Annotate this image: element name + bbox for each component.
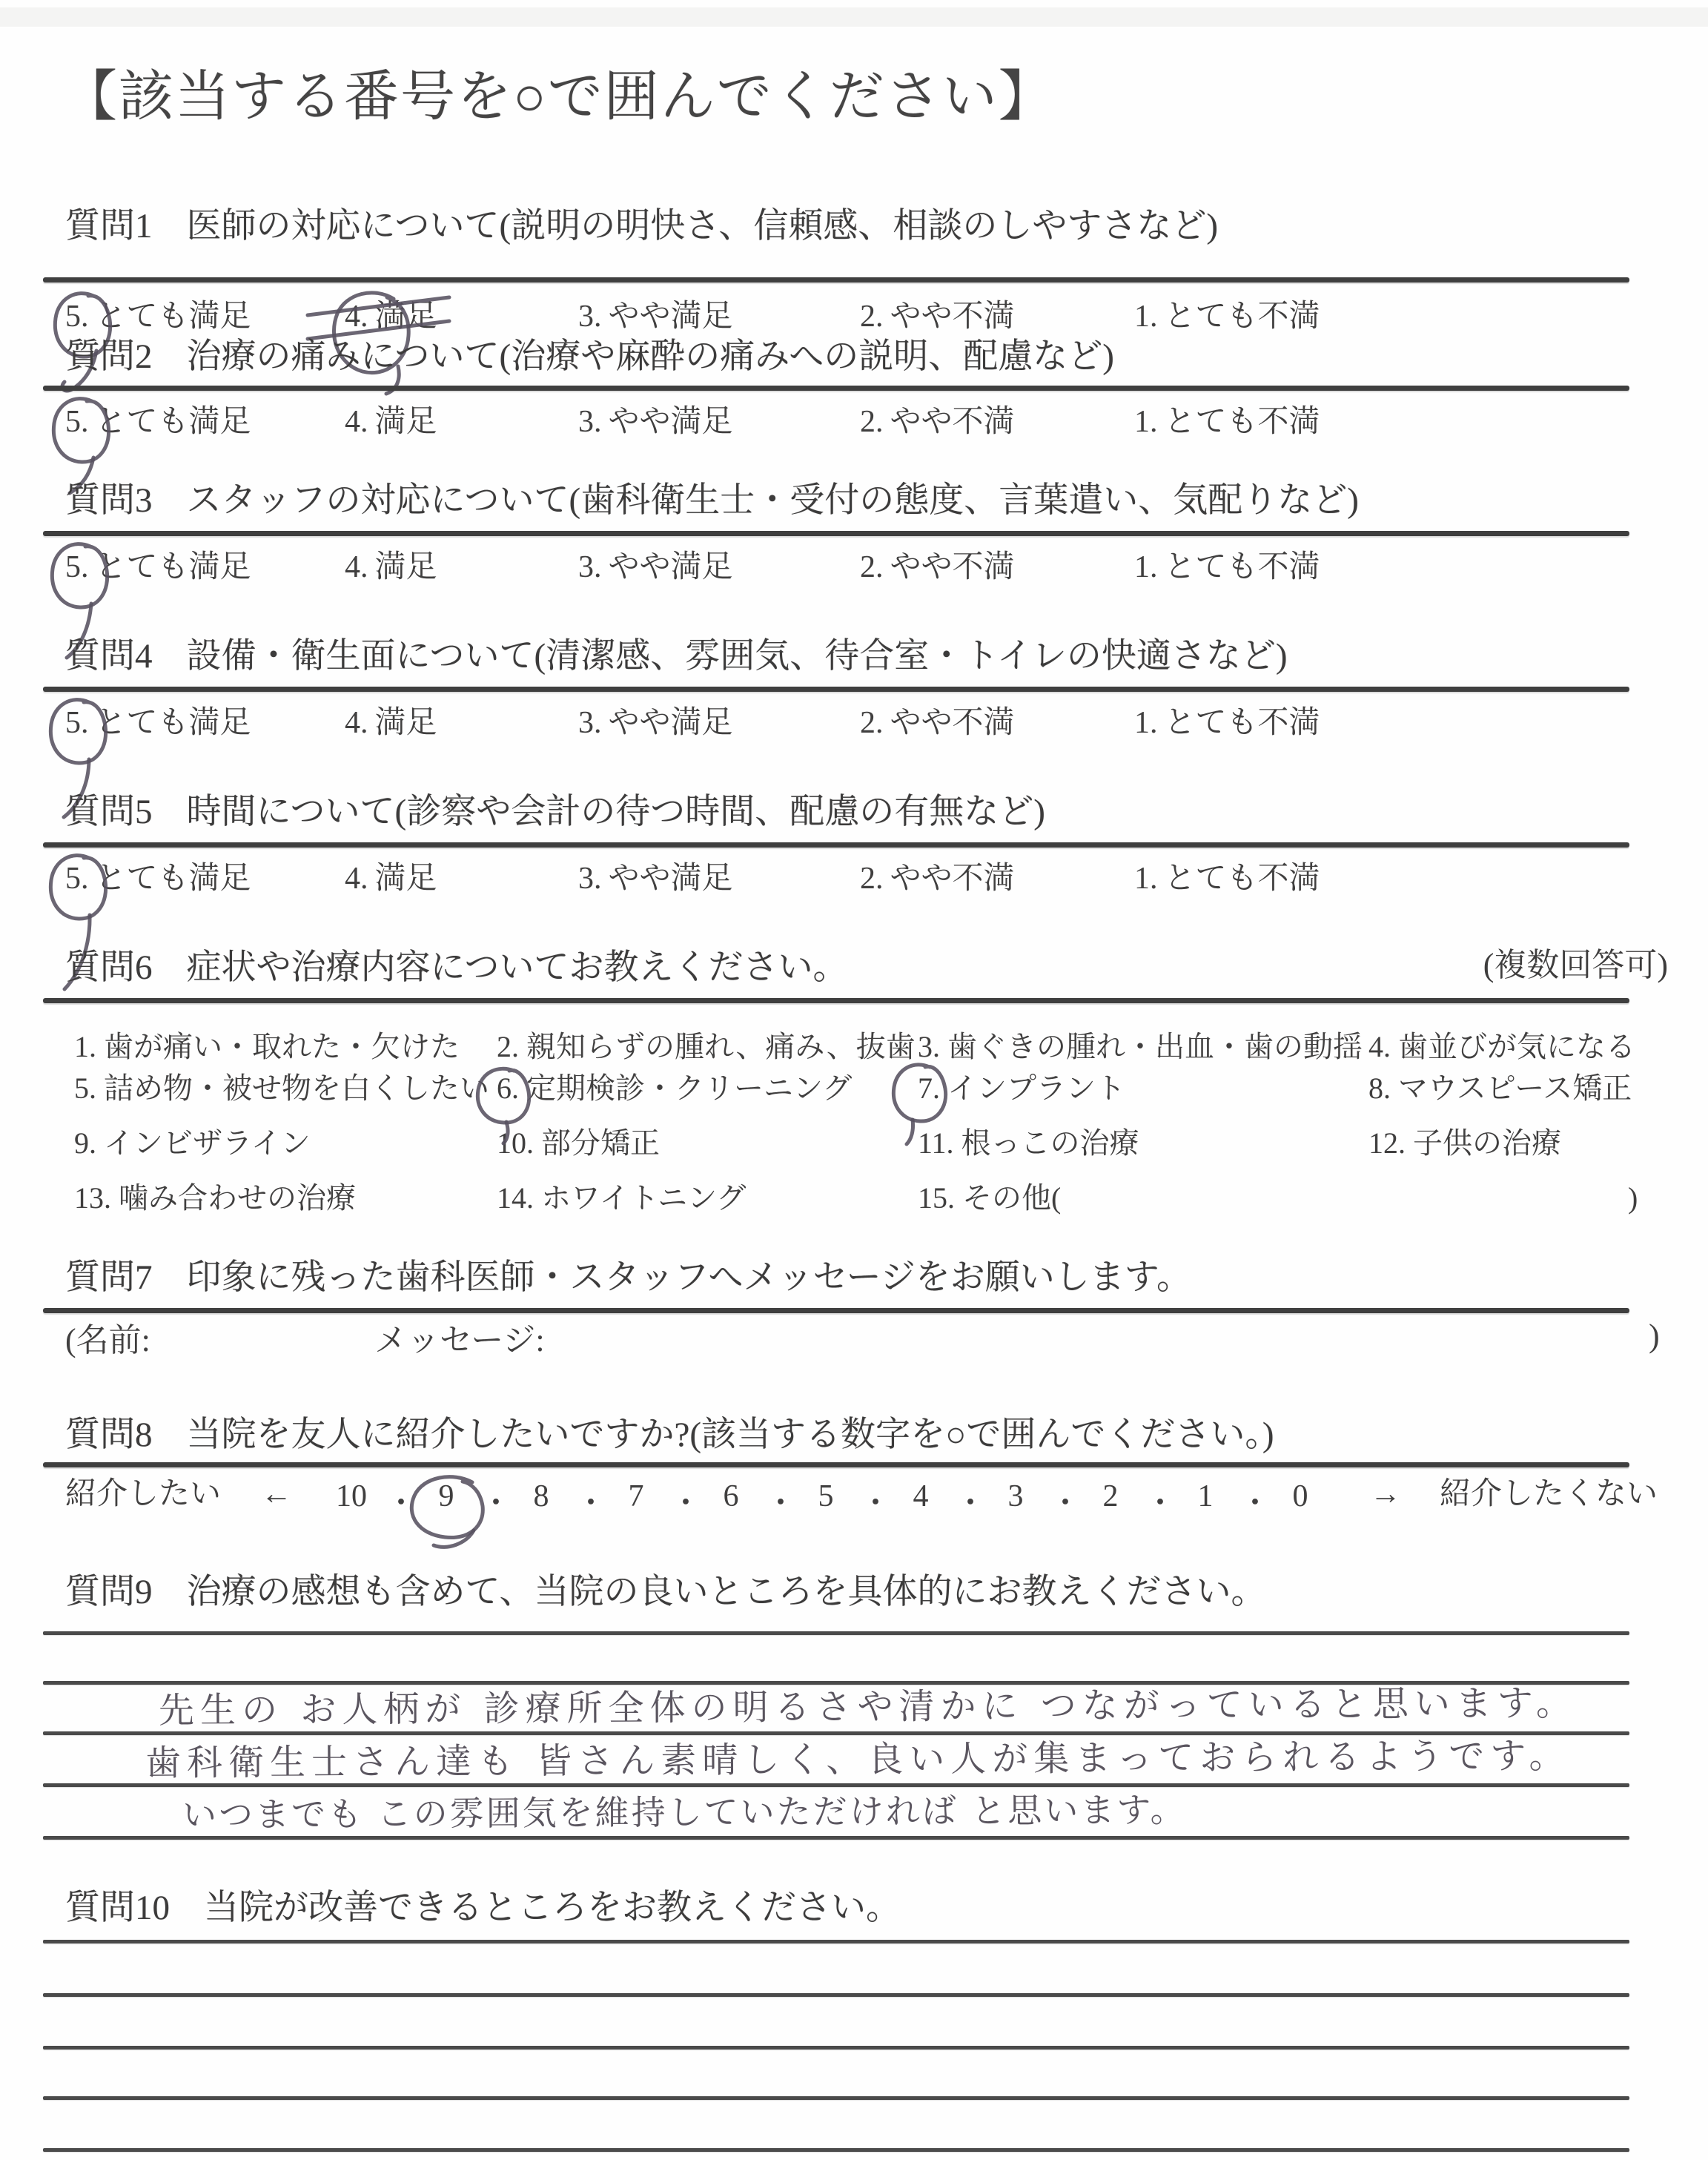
answer-line: [43, 2148, 1629, 2152]
answer-line: [43, 2096, 1629, 2100]
q1-option-3: 3.やや満足: [578, 301, 733, 332]
question-10-heading: 質問10当院が改善できるところをお教えください。: [65, 1891, 901, 1926]
q5-option-2: 2.やや不満: [860, 863, 1015, 894]
question-1-options: 5.とても満足 4.満足 3.やや満足 2.やや不満 1.とても不満: [0, 301, 1708, 335]
q7-close-paren: ): [1649, 1320, 1660, 1353]
q6-item-15-close-paren: ): [1628, 1183, 1638, 1213]
q8-number-3: 3: [998, 1479, 1033, 1523]
question-7-title: 印象に残った歯科医師・スタッフへメッセージをお願いします。: [187, 1258, 1191, 1297]
q4-option-1: 1.とても不満: [1134, 707, 1320, 739]
answer-line: [43, 1993, 1629, 1997]
handwriting-line-1: 先生の お人柄が 診療所全体の明るさや清かに つながっていると思います。: [159, 1685, 1578, 1728]
q6-item-2: 2.親知らずの腫れ、痛み、抜歯: [497, 1032, 916, 1062]
q6-item-4: 4.歯並びが気になる: [1368, 1032, 1635, 1062]
q8-left-label: 紹介したい: [65, 1479, 221, 1510]
q7-name-label: (名前:: [65, 1324, 150, 1357]
question-5-number: 質問5: [65, 793, 153, 831]
question-3-title: スタッフの対応について(歯科衛生士・受付の態度、言葉遣い、気配りなど): [187, 481, 1359, 520]
scan-artifact-band: [0, 7, 1708, 27]
q8-number-8: 8: [523, 1479, 559, 1523]
q6-item-3: 3.歯ぐきの腫れ・出血・歯の動揺: [918, 1032, 1363, 1062]
question-4-number: 質問4: [65, 637, 153, 676]
question-3-number: 質問3: [65, 481, 153, 520]
q8-dot: ・: [670, 1479, 697, 1523]
question-9-number: 質問9: [65, 1573, 153, 1611]
q8-number-7: 7: [618, 1479, 654, 1523]
q3-option-4: 4.満足: [345, 552, 437, 583]
question-7-heading: 質問7印象に残った歯科医師・スタッフへメッセージをお願いします。: [65, 1261, 1191, 1295]
answer-line: [43, 1783, 1629, 1787]
q6-item-5: 5.詰め物・被せ物を白くしたい: [74, 1074, 489, 1103]
question-9-title: 治療の感想も含めて、当院の良いところを具体的にお教えください。: [187, 1573, 1266, 1611]
question-5-heading: 質問5時間について(診察や会計の待つ時間、配慮の有無など): [65, 795, 1045, 830]
question-4-title: 設備・衛生面について(清潔感、雰囲気、待合室・トイレの快適さなど): [187, 637, 1288, 676]
question-4-options: 5.とても満足 4.満足 3.やや満足 2.やや不満 1.とても不満: [0, 707, 1708, 742]
q6-item-8: 8.マウスピース矯正: [1368, 1074, 1632, 1103]
q5-option-3: 3.やや満足: [578, 863, 733, 894]
question-1-title: 医師の対応について(説明の明快さ、信頼感、相談のしやすさなど): [187, 207, 1218, 245]
q2-option-4: 4.満足: [345, 406, 437, 437]
q3-option-1: 1.とても不満: [1134, 552, 1320, 583]
question-10-title: 当院が改善できるところをお教えください。: [204, 1889, 901, 1927]
answer-line: [43, 1731, 1629, 1735]
handwriting-line-2: 歯科衛生士さん達も 皆さん素晴しく、良い人が集まっておられるようです。: [145, 1738, 1571, 1781]
q4-option-4: 4.満足: [345, 707, 437, 739]
question-6-title: 症状や治療内容についてお教えください。: [187, 948, 848, 987]
question-6-number: 質問6: [65, 948, 153, 987]
q8-dot: ・: [1145, 1479, 1171, 1523]
q8-number-10: 10: [334, 1479, 369, 1523]
q6-item-1: 1.歯が痛い・取れた・欠けた: [74, 1032, 460, 1062]
question-7-number: 質問7: [65, 1258, 153, 1297]
page-title: 【該当する番号を○で囲んでください】: [62, 70, 1055, 125]
question-6-heading: 質問6症状や治療内容についてお教えください。: [65, 951, 848, 985]
q6-item-13: 13.噛み合わせの治療: [74, 1183, 356, 1213]
rule: [43, 687, 1629, 692]
answer-line: [43, 2046, 1629, 2050]
q8-dot: ・: [860, 1479, 887, 1523]
q5-option-4: 4.満足: [345, 863, 437, 894]
q8-left-arrow-icon: ←: [261, 1479, 292, 1510]
question-10-number: 質問10: [65, 1889, 170, 1927]
question-2-options: 5.とても満足 4.満足 3.やや満足 2.やや不満 1.とても不満: [0, 406, 1708, 440]
question-1-heading: 質問1医師の対応について(説明の明快さ、信頼感、相談のしやすさなど): [65, 209, 1218, 244]
q6-item-12: 12.子供の治療: [1368, 1129, 1561, 1158]
q8-dot: ・: [1050, 1479, 1076, 1523]
rule: [43, 531, 1629, 536]
q8-dot: ・: [575, 1479, 602, 1523]
q6-item-9: 9.インビザライン: [74, 1129, 311, 1158]
question-8-number: 質問8: [65, 1416, 153, 1454]
q8-number-5: 5: [808, 1479, 844, 1523]
q2-option-3: 3.やや満足: [578, 406, 733, 437]
question-8-heading: 質問8当院を友人に紹介したいですか?(該当する数字を○で囲んでください。): [65, 1418, 1274, 1453]
rule: [43, 1462, 1629, 1467]
q8-number-0: 0: [1282, 1479, 1318, 1523]
question-5-options: 5.とても満足 4.満足 3.やや満足 2.やや不満 1.とても不満: [0, 863, 1708, 897]
q4-option-2: 2.やや不満: [860, 707, 1015, 739]
question-5-title: 時間について(診察や会計の待つ時間、配慮の有無など): [187, 793, 1045, 831]
circle-mark-q6-6: [471, 1063, 538, 1146]
answer-line: [43, 1836, 1629, 1840]
q1-option-2: 2.やや不満: [860, 301, 1015, 332]
question-8-title: 当院を友人に紹介したいですか?(該当する数字を○で囲んでください。): [187, 1416, 1274, 1454]
rule: [43, 1308, 1629, 1313]
answer-line: [43, 1631, 1629, 1635]
question-2-heading: 質問2治療の痛みについて(治療や麻酔の痛みへの説明、配慮など): [65, 340, 1114, 374]
question-2-number: 質問2: [65, 337, 153, 376]
q8-dot: ・: [955, 1479, 982, 1523]
q8-number-1: 1: [1188, 1479, 1223, 1523]
rule: [43, 277, 1629, 283]
question-2-title: 治療の痛みについて(治療や麻酔の痛みへの説明、配慮など): [187, 337, 1114, 376]
q4-option-3: 3.やや満足: [578, 707, 733, 739]
rule: [43, 842, 1629, 848]
q8-dot: ・: [765, 1479, 792, 1523]
q6-item-6: 6.定期検診・クリーニング: [497, 1074, 852, 1103]
question-3-options: 5.とても満足 4.満足 3.やや満足 2.やや不満 1.とても不満: [0, 552, 1708, 586]
q8-number-6: 6: [713, 1479, 749, 1523]
question-9-heading: 質問9治療の感想も含めて、当院の良いところを具体的にお教えください。: [65, 1575, 1266, 1610]
q6-multi-answer-note: (複数回答可): [1483, 949, 1668, 982]
q6-item-15: 15.その他(: [918, 1183, 1061, 1213]
q2-option-1: 1.とても不満: [1134, 406, 1320, 437]
q3-option-3: 3.やや満足: [578, 552, 733, 583]
q2-option-2: 2.やや不満: [860, 406, 1015, 437]
q6-item-14: 14.ホワイトニング: [497, 1183, 746, 1213]
question-1-number: 質問1: [65, 207, 153, 245]
q1-option-1: 1.とても不満: [1134, 301, 1320, 332]
rule: [43, 998, 1629, 1003]
handwriting-line-3: いつまでも この雰囲気を維持していただければ と思います。: [182, 1792, 1187, 1832]
q8-right-arrow-icon: →: [1370, 1479, 1401, 1510]
circle-mark-q8-9: [403, 1473, 492, 1554]
scanned-survey-page: 【該当する番号を○で囲んでください】 質問1医師の対応について(説明の明快さ、信…: [0, 0, 1708, 2160]
q8-dot: ・: [1239, 1479, 1266, 1523]
question-3-heading: 質問3スタッフの対応について(歯科衛生士・受付の態度、言葉遣い、気配りなど): [65, 483, 1359, 518]
q8-right-label: 紹介したくない: [1440, 1479, 1658, 1510]
q7-message-label: メッセージ:: [374, 1324, 545, 1357]
rule: [43, 386, 1629, 391]
q8-number-4: 4: [903, 1479, 939, 1523]
q3-option-2: 2.やや不満: [860, 552, 1015, 583]
question-4-heading: 質問4設備・衛生面について(清潔感、雰囲気、待合室・トイレの快適さなど): [65, 639, 1288, 674]
q8-number-2: 2: [1093, 1479, 1128, 1523]
circle-mark-q6-7: [887, 1059, 955, 1149]
answer-line: [43, 1940, 1629, 1943]
q5-option-1: 1.とても不満: [1134, 863, 1320, 894]
